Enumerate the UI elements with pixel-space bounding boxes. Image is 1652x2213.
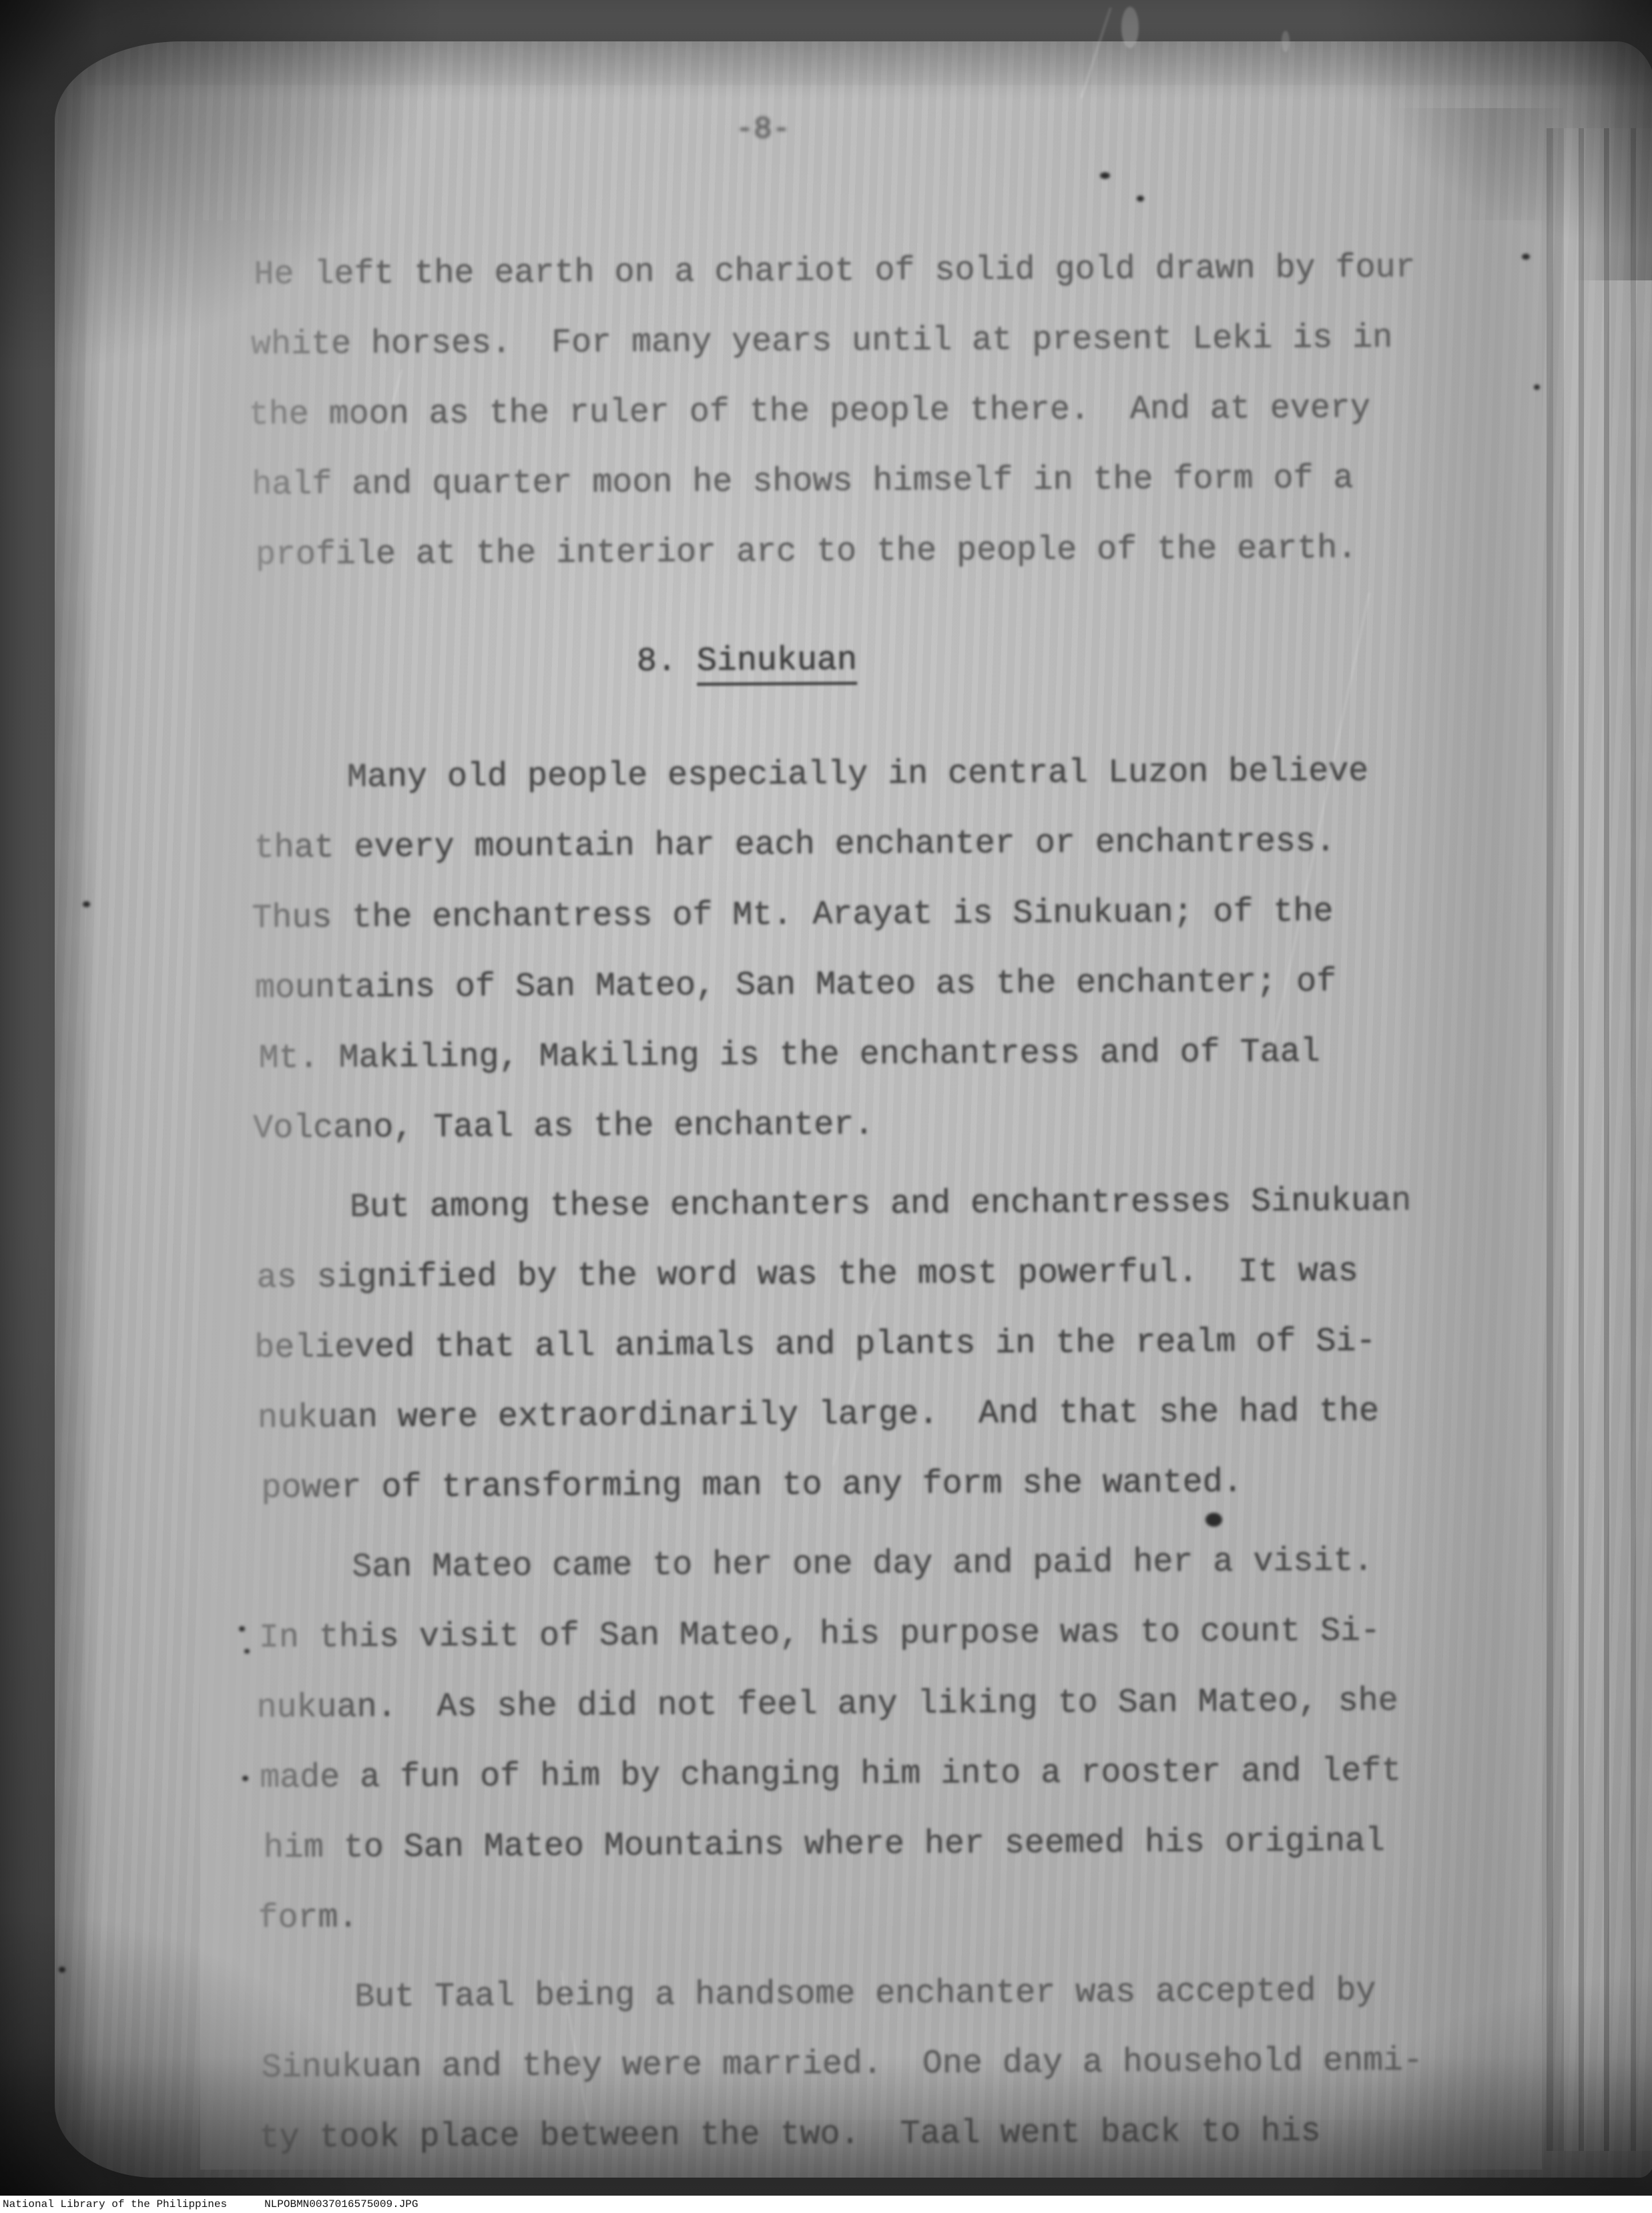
archive-filename: NLPOBMN0037016575009.JPG xyxy=(264,2198,418,2210)
text-line: half and quarter moon he shows himself i… xyxy=(252,443,1467,520)
text-line: as signified by the word was the most po… xyxy=(256,1236,1472,1313)
text-line: profile at the interior arc to the peopl… xyxy=(256,513,1471,590)
text-line: that every mountain har each enchanter o… xyxy=(254,806,1469,883)
ink-speck xyxy=(242,1776,248,1781)
ink-speck xyxy=(1100,172,1110,179)
ink-speck xyxy=(59,1967,65,1973)
text-line: Thus the enchantress of Mt. Arayat is Si… xyxy=(252,876,1467,953)
section-number: 8. xyxy=(637,642,697,681)
text-line: Volcano, Taal as the enchanter. xyxy=(253,1086,1468,1164)
paragraph: But among these enchanters and enchantre… xyxy=(256,1166,1473,1523)
text-line: Mt. Makiling, Makiling is the enchantres… xyxy=(258,1016,1474,1093)
text-line: He left the earth on a chariot of solid … xyxy=(254,232,1469,310)
text-line: Sinukuan and they were married. One day … xyxy=(262,2025,1477,2103)
paragraph: Many old people especially in central Lu… xyxy=(254,736,1471,1164)
page-stack-edges xyxy=(1547,128,1652,2151)
paragraph: But Taal being a handsome enchanter was … xyxy=(261,1955,1477,2173)
ink-speck xyxy=(83,901,90,907)
text-line: San Mateo came to her one day and paid h… xyxy=(262,1525,1477,1603)
text-line: nukuan were extraordinarily large. And t… xyxy=(258,1376,1473,1453)
page-number: -8- xyxy=(706,112,820,147)
paragraph: He left the earth on a chariot of solid … xyxy=(250,232,1467,590)
scanned-page-photo: -8- He left the earth on a chariot of so… xyxy=(0,0,1652,2213)
paragraph: San Mateo came to her one day and paid h… xyxy=(258,1525,1476,1953)
text-line: believed that all animals and plants in … xyxy=(254,1306,1470,1383)
text-line: form. xyxy=(258,1876,1473,1953)
archive-footer-bar: National Library of the Philippines NLPO… xyxy=(0,2196,1652,2213)
text-line: But Taal being a handsome enchanter was … xyxy=(264,1955,1480,2033)
text-line: him to San Mateo Mountains where her see… xyxy=(264,1806,1479,1883)
text-line: But among these enchanters and enchantre… xyxy=(260,1166,1475,1243)
archive-source-label: National Library of the Philippines xyxy=(3,2198,227,2210)
ink-speck xyxy=(1522,254,1530,260)
text-line: nukuan. As she did not feel any liking t… xyxy=(256,1666,1472,1743)
text-line: ty took place between the two. Taal went… xyxy=(259,2096,1474,2173)
text-line: Many old people especially in central Lu… xyxy=(257,736,1472,813)
ink-speck xyxy=(244,1649,250,1654)
typewritten-text: He left the earth on a chariot of solid … xyxy=(250,223,1477,2173)
ink-speck xyxy=(239,1626,245,1632)
text-line: power of transforming man to any form sh… xyxy=(261,1446,1476,1523)
ink-speck xyxy=(1534,385,1540,390)
text-line: white horses. For many years until at pr… xyxy=(251,302,1466,380)
text-line: made a fun of him by changing him into a… xyxy=(260,1736,1475,1813)
ink-speck xyxy=(1205,1513,1222,1527)
section-title: Sinukuan xyxy=(697,642,857,686)
text-line: the moon as the ruler of the people ther… xyxy=(248,373,1464,450)
section-heading: 8. Sinukuan xyxy=(637,622,1468,697)
text-line: mountains of San Mateo, San Mateo as the… xyxy=(255,946,1470,1023)
text-line: In this visit of San Mateo, his purpose … xyxy=(259,1595,1474,1673)
ink-speck xyxy=(1137,196,1144,202)
